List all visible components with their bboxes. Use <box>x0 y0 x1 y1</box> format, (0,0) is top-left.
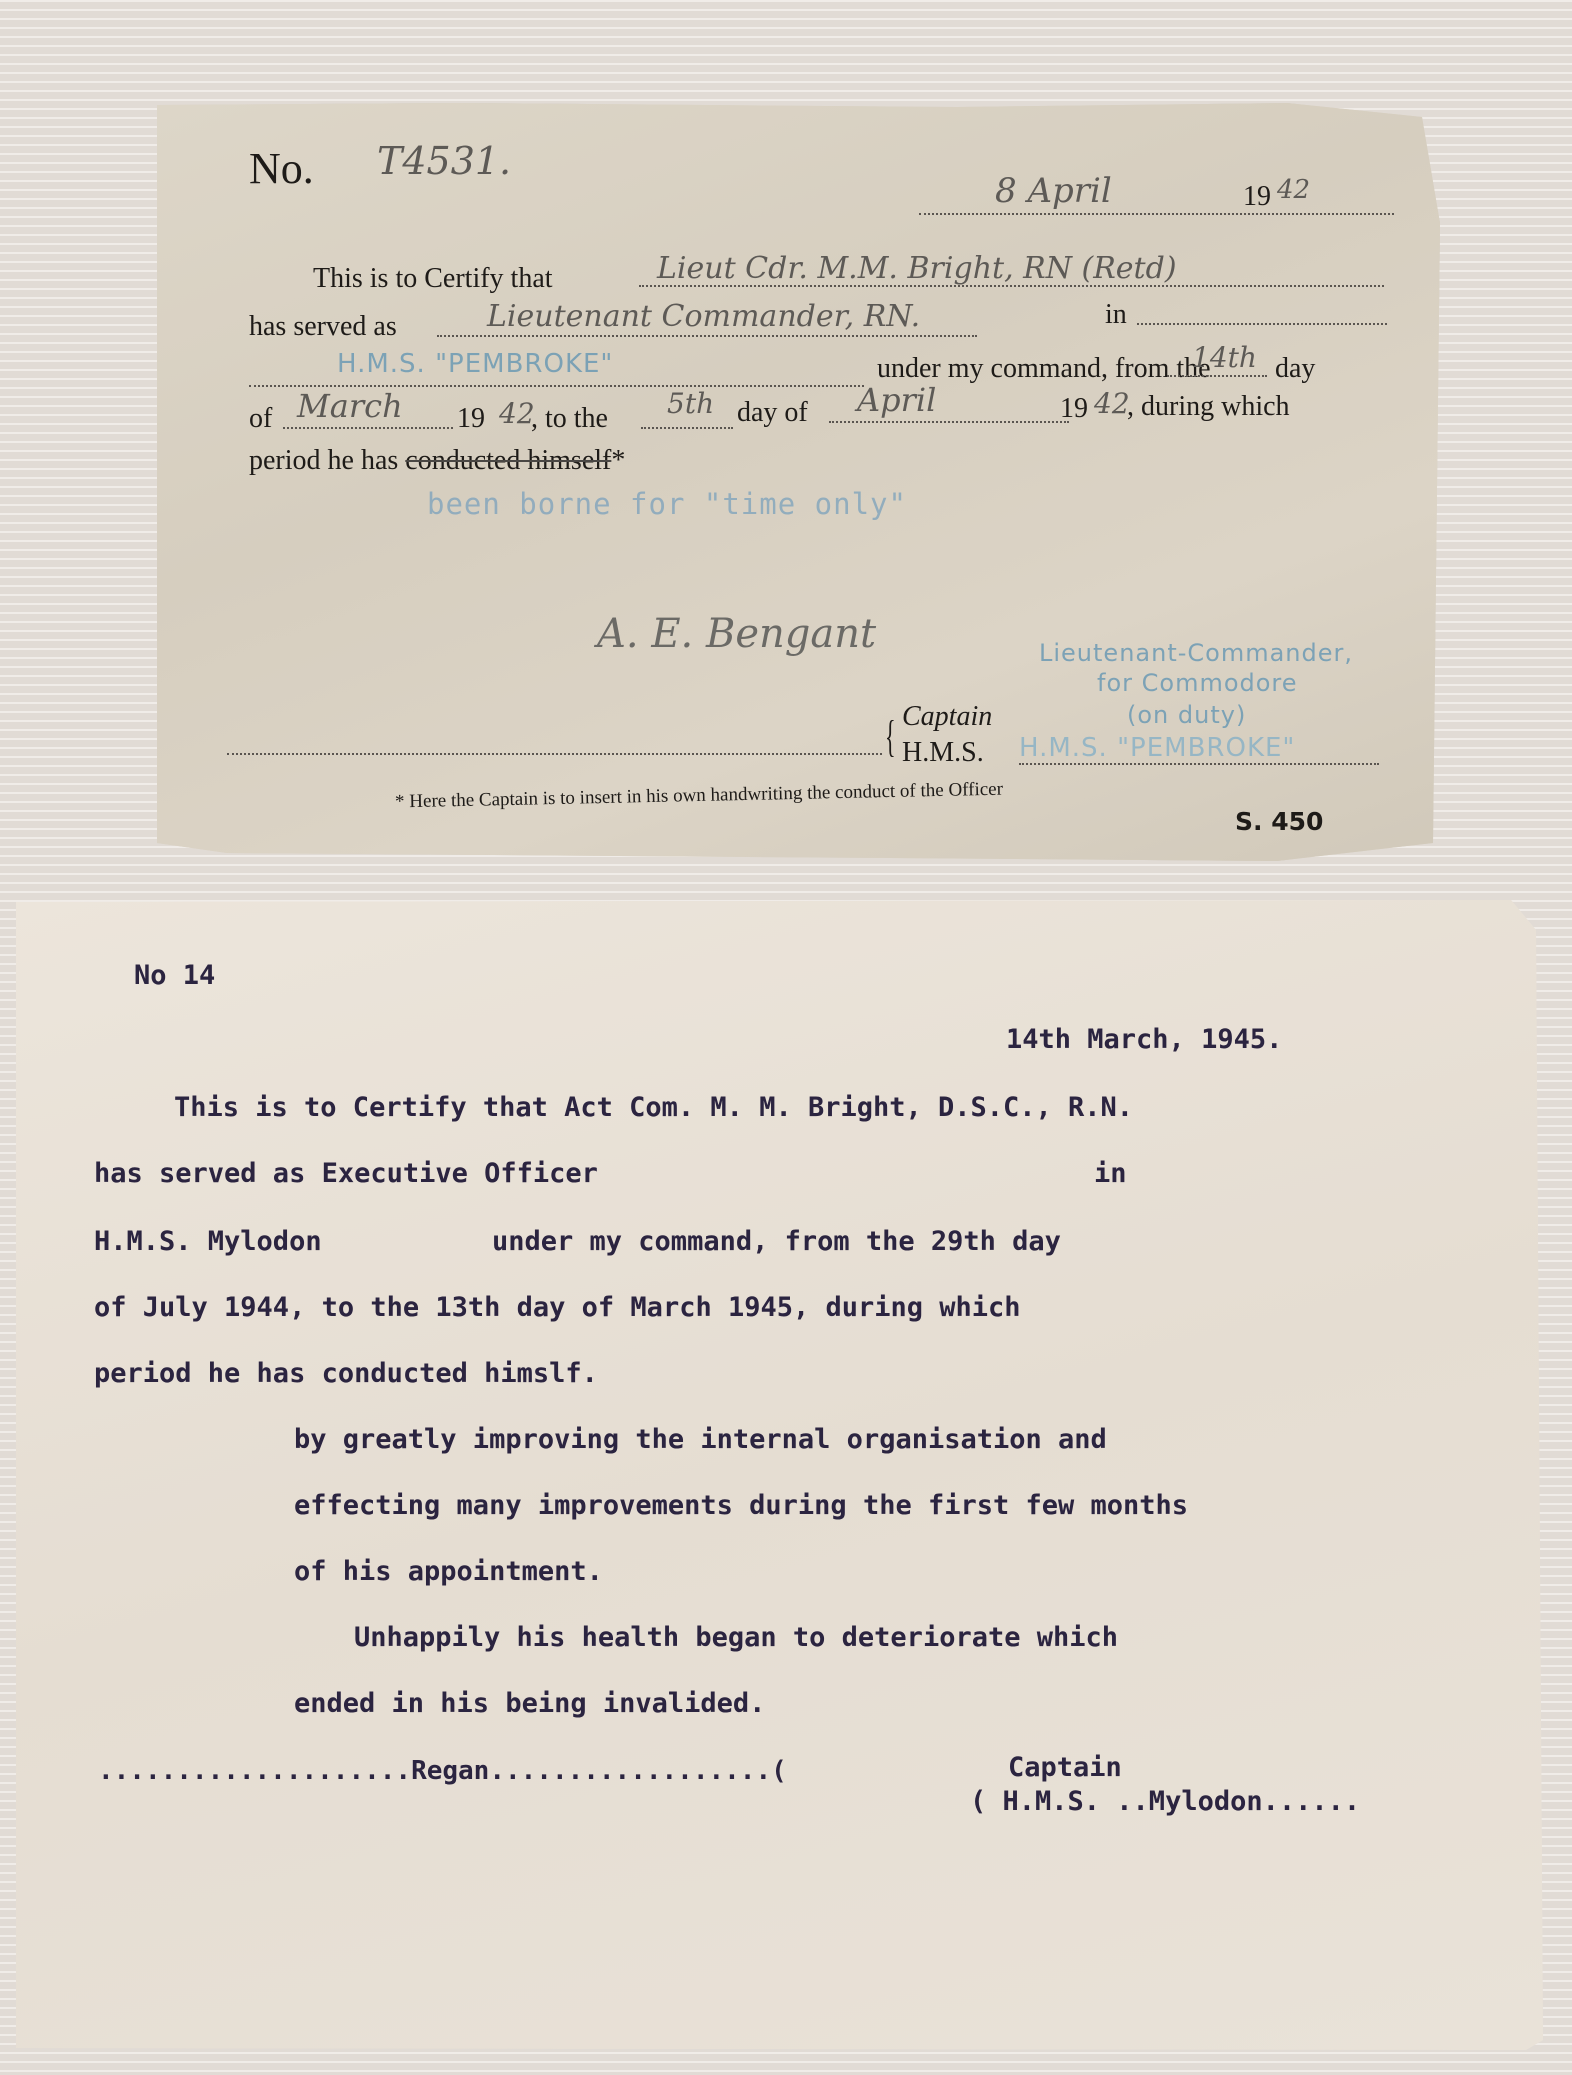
period-label: period he has conducted himself* <box>249 445 625 477</box>
date-year-suffix: 42 <box>1277 175 1310 205</box>
to-day-line <box>641 427 733 429</box>
from-month: March <box>297 387 403 425</box>
served-as-line: has served as Executive Officer <box>94 1158 598 1189</box>
in-line <box>1137 323 1387 325</box>
signature-line <box>227 753 882 755</box>
officer-stamp-line3: (on duty) <box>1127 701 1246 729</box>
date-handwritten: 8 April <box>995 171 1112 211</box>
hms-stamp: H.M.S. "PEMBROKE" <box>1019 733 1295 763</box>
to-the-label: , to the <box>531 403 608 435</box>
footnote-asterisk: * <box>611 445 625 476</box>
to-month-line <box>829 421 1069 423</box>
conduct-line-2: effecting many improvements during the f… <box>294 1490 1188 1521</box>
day-of-label: day of <box>737 397 808 429</box>
captain-signature: A. E. Bengant <box>597 611 876 657</box>
rank-line <box>437 335 977 337</box>
signature-line: ....................Regan...............… <box>98 1756 787 1786</box>
of-label: of <box>249 403 272 435</box>
certificate-number-label: No. <box>249 143 314 194</box>
hms-label: H.M.S. <box>902 737 984 769</box>
command-line: under my command, from the 29th day <box>492 1226 1061 1257</box>
officer-stamp-line1: Lieutenant-Commander, <box>1039 639 1353 667</box>
day-label: day <box>1275 353 1315 385</box>
form-number: S. 450 <box>1235 807 1323 836</box>
conduct-line-4: Unhappily his health began to deteriorat… <box>354 1622 1118 1653</box>
certificate-number-value: T4531. <box>377 139 511 183</box>
from-month-line <box>283 427 453 429</box>
from-year-prefix: 19 <box>457 403 485 435</box>
to-month: April <box>857 381 936 419</box>
hms-line <box>1019 763 1379 765</box>
certify-label: This is to Certify that <box>313 263 553 295</box>
ship-name: H.M.S. Mylodon <box>94 1226 322 1257</box>
to-year-prefix: 19 <box>1060 393 1088 425</box>
captain-label: Captain <box>902 701 992 733</box>
conduct-line-3: of his appointment. <box>294 1556 603 1587</box>
officer-stamp-line2: for Commodore <box>1097 669 1298 697</box>
from-day-line <box>1167 375 1267 377</box>
conduct-line-1: by greatly improving the internal organi… <box>294 1424 1107 1455</box>
date-dotted-line <box>919 213 1394 215</box>
conduct-stamp: been borne for "time only" <box>427 487 907 521</box>
hms-line: ( H.M.S. ..Mylodon...... <box>970 1786 1360 1817</box>
from-year: 42 <box>499 397 535 430</box>
footnote: * Here the Captain is to insert in his o… <box>395 779 1003 814</box>
period-prefix: period he has <box>249 445 398 476</box>
captain-label: Captain <box>1008 1752 1122 1783</box>
in-label: in <box>1094 1158 1127 1189</box>
service-certificate-1945: No 14 14th March, 1945. This is to Certi… <box>16 900 1543 2050</box>
during-which-label: , during which <box>1127 391 1290 423</box>
to-year: 42 <box>1094 387 1130 420</box>
certificate-number: No 14 <box>134 960 215 991</box>
conducted-line: period he has conducted himslf. <box>94 1358 598 1389</box>
rank: Lieutenant Commander, RN. <box>487 299 920 334</box>
certify-line: This is to Certify that Act Com. M. M. B… <box>174 1092 1133 1123</box>
ship-stamp: H.M.S. "PEMBROKE" <box>337 349 613 379</box>
officer-name: Lieut Cdr. M.M. Bright, RN (Retd) <box>657 251 1177 286</box>
period-dates-line: of July 1944, to the 13th day of March 1… <box>94 1292 1021 1323</box>
conducted-himself-struck: conducted himself <box>405 445 611 476</box>
service-certificate-1942: No. T4531. 8 April 19 42 This is to Cert… <box>157 103 1440 861</box>
to-day: 5th <box>667 387 714 420</box>
certificate-date: 14th March, 1945. <box>1006 1024 1282 1055</box>
from-day: 14th <box>1192 341 1257 374</box>
conduct-line-5: ended in his being invalided. <box>294 1688 765 1719</box>
date-year-prefix: 19 <box>1243 181 1271 213</box>
served-as-label: has served as <box>249 311 397 343</box>
in-label: in <box>1105 299 1127 331</box>
brace: { <box>885 697 896 777</box>
